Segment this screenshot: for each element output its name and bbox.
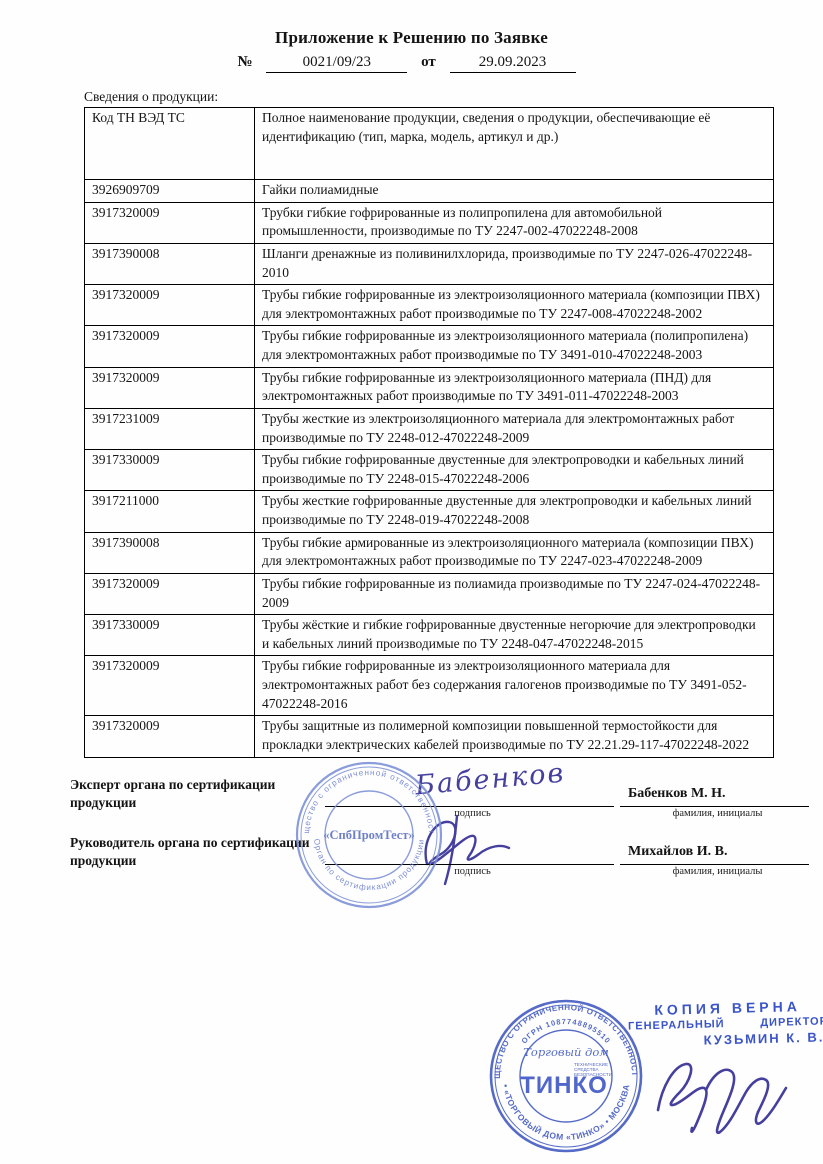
table-row: 3917320009Трубы защитные из полимерной к…	[85, 716, 774, 757]
name-line	[620, 806, 809, 807]
col-header-name: Полное наименование продукции, сведения …	[255, 108, 774, 180]
spb-stamp-ring-top-text: Общество с ограниченной ответственностью	[294, 760, 436, 834]
product-code: 3917390008	[85, 532, 255, 573]
product-name: Трубы жесткие гофрированные двустенные д…	[255, 491, 774, 532]
expert-role-label: Эксперт органа по сертификации продукции	[70, 772, 325, 822]
product-code: 3917320009	[85, 367, 255, 408]
product-name: Трубы защитные из полимерной композиции …	[255, 716, 774, 757]
product-name: Трубы жесткие из электроизоляционного ма…	[255, 408, 774, 449]
col-header-code: Код ТН ВЭД ТС	[85, 108, 255, 180]
table-row: 3917320009Трубы гибкие гофрированные из …	[85, 656, 774, 716]
svg-text:ОБЩЕСТВО С ОГРАНИЧЕННОЙ ОТВЕТС: ОБЩЕСТВО С ОГРАНИЧЕННОЙ ОТВЕТСТВЕННОСТЬЮ	[488, 998, 639, 1079]
document-number-line: № 0021/09/23 от 29.09.2023	[0, 54, 823, 73]
svg-text:Общество с ограниченной ответс: Общество с ограниченной ответственностью	[294, 760, 436, 834]
head-role-label: Руководитель органа по сертификации прод…	[70, 830, 325, 880]
copy-verna-stamp: КОПИЯ ВЕРНА ГЕНЕРАЛЬНЫЙ ДИРЕКТОР КУЗЬМИН…	[627, 997, 823, 1049]
table-header-row: Код ТН ВЭД ТС Полное наименование продук…	[85, 108, 774, 180]
table-row: 3917390008Трубы гибкие армированные из э…	[85, 532, 774, 573]
spb-stamp-ring-bottom-text: Орган по сертификации продукции	[312, 838, 426, 892]
table-row: 3917320009Трубы гибкие гофрированные из …	[85, 367, 774, 408]
number-label: №	[238, 54, 253, 70]
product-name: Гайки полиамидные	[255, 180, 774, 203]
table-row: 3917390008Шланги дренажные из поливинилх…	[85, 243, 774, 284]
product-code: 3917320009	[85, 285, 255, 326]
table-row: 3917320009Трубы гибкие гофрированные из …	[85, 326, 774, 367]
expert-name: Бабенков М. Н.	[628, 786, 726, 802]
name-line	[620, 864, 809, 865]
table-row: 3917211000Трубы жесткие гофрированные дв…	[85, 491, 774, 532]
product-name: Трубы гибкие армированные из электроизол…	[255, 532, 774, 573]
product-name: Трубы гибкие гофрированные из полиамида …	[255, 573, 774, 614]
date-value: 29.09.2023	[450, 54, 576, 73]
date-label: от	[421, 54, 436, 70]
head-name-area: Михайлов И. В. фамилия, инициалы	[620, 830, 815, 880]
product-code: 3917231009	[85, 408, 255, 449]
tinko-company-stamp: ОБЩЕСТВО С ОГРАНИЧЕННОЙ ОТВЕТСТВЕННОСТЬЮ…	[488, 998, 644, 1154]
table-row: 3917330009Трубы жёсткие и гибкие гофриро…	[85, 615, 774, 656]
product-code: 3926909709	[85, 180, 255, 203]
product-name: Трубки гибкие гофрированные из полипропи…	[255, 202, 774, 243]
product-code: 3917211000	[85, 491, 255, 532]
product-name: Трубы гибкие гофрированные из электроизо…	[255, 326, 774, 367]
product-code: 3917320009	[85, 656, 255, 716]
table-row: 3917330009Трубы гибкие гофрированные дву…	[85, 450, 774, 491]
products-table: Код ТН ВЭД ТС Полное наименование продук…	[84, 107, 774, 758]
product-code: 3917320009	[85, 202, 255, 243]
tinko-stamp-script-text: Торговый дом	[523, 1045, 609, 1059]
head-name: Михайлов И. В.	[628, 844, 727, 860]
table-row: 3917231009Трубы жесткие из электроизоляц…	[85, 408, 774, 449]
product-code: 3917390008	[85, 243, 255, 284]
tinko-stamp-small-line3: БЕЗОПАСНОСТИ	[574, 1072, 612, 1077]
product-name: Трубы гибкие гофрированные из электроизо…	[255, 285, 774, 326]
copy-verna-role-part1: ГЕНЕРАЛЬНЫЙ	[628, 1018, 725, 1033]
table-row: 3917320009Трубки гибкие гофрированные из…	[85, 202, 774, 243]
table-row: 3917320009Трубы гибкие гофрированные из …	[85, 285, 774, 326]
spb-stamp-center-text: «СпбПромТест»	[323, 828, 414, 842]
svg-text:ОГРН 1087748895510: ОГРН 1087748895510	[519, 1017, 612, 1046]
svg-text:Орган по сертификации продукци: Орган по сертификации продукции	[312, 838, 426, 892]
number-value: 0021/09/23	[266, 54, 407, 73]
copy-verna-role-part2: ДИРЕКТОР	[760, 1015, 823, 1029]
certification-body-stamp: Общество с ограниченной ответственностью…	[294, 760, 444, 910]
document-title: Приложение к Решению по Заявке	[0, 28, 823, 48]
product-code: 3917320009	[85, 326, 255, 367]
tinko-stamp-ring-outer-text: ОБЩЕСТВО С ОГРАНИЧЕННОЙ ОТВЕТСТВЕННОСТЬЮ	[488, 998, 639, 1079]
product-name: Шланги дренажные из поливинилхлорида, пр…	[255, 243, 774, 284]
product-name: Трубы жёсткие и гибкие гофрированные дву…	[255, 615, 774, 656]
products-section-label: Сведения о продукции:	[84, 89, 823, 105]
product-name: Трубы гибкие гофрированные из электроизо…	[255, 656, 774, 716]
director-handwritten-signature	[640, 1048, 810, 1143]
document-header: Приложение к Решению по Заявке № 0021/09…	[0, 0, 823, 73]
product-code: 3917330009	[85, 450, 255, 491]
tinko-stamp-ogrn-text: ОГРН 1087748895510	[519, 1017, 612, 1046]
expert-name-area: Бабенков М. Н. фамилия, инициалы	[620, 772, 815, 822]
name-caption: фамилия, инициалы	[620, 866, 815, 877]
product-name: Трубы гибкие гофрированные двустенные дл…	[255, 450, 774, 491]
product-code: 3917330009	[85, 615, 255, 656]
table-row: 3917320009Трубы гибкие гофрированные из …	[85, 573, 774, 614]
product-code: 3917320009	[85, 716, 255, 757]
table-row: 3926909709Гайки полиамидные	[85, 180, 774, 203]
product-code: 3917320009	[85, 573, 255, 614]
product-name: Трубы гибкие гофрированные из электроизо…	[255, 367, 774, 408]
document-page: Приложение к Решению по Заявке № 0021/09…	[0, 0, 823, 1164]
copy-verna-name: КУЗЬМИН К. В.	[628, 1029, 823, 1049]
name-caption: фамилия, инициалы	[620, 808, 815, 819]
